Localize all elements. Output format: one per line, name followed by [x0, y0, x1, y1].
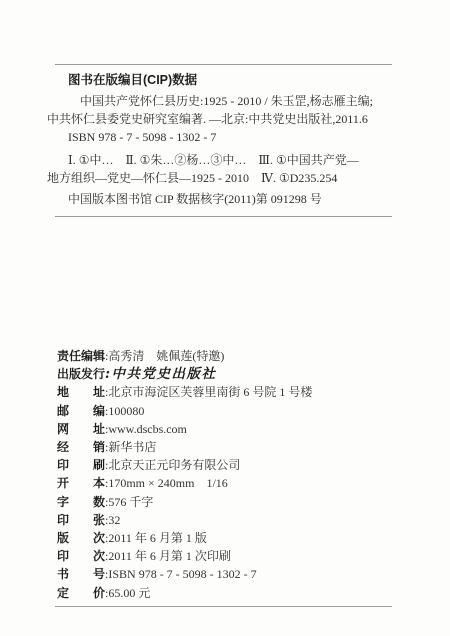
colophon-row-value: :32 — [105, 511, 120, 529]
colophon-row-label: 印 刷 — [57, 456, 105, 474]
cip-block: 图书在版编目(CIP)数据 中国共产党怀仁县历史:1925 - 2010 / 朱… — [47, 65, 397, 216]
cip-classification-line1: Ⅰ. ①中… Ⅱ. ①朱…②杨…③中… Ⅲ. ①中国共产党— — [68, 151, 397, 169]
copyright-page: 图书在版编目(CIP)数据 中国共产党怀仁县历史:1925 - 2010 / 朱… — [0, 0, 450, 636]
colophon-row-value: :新华书店 — [105, 438, 156, 456]
cip-isbn: ISBN 978 - 7 - 5098 - 1302 - 7 — [68, 128, 397, 146]
colophon-row: 出版发行:中共党史出版社 — [57, 365, 417, 383]
colophon-row: 责任编辑:高秀清 姚佩莲(特邀) — [57, 347, 417, 365]
colophon-row: 开 本:170mm × 240mm 1/16 — [57, 474, 417, 492]
colophon-row-label: 经 销 — [57, 438, 105, 456]
colophon-row-value: :100080 — [105, 402, 144, 420]
cip-title-line2: 中共怀仁县委党史研究室编著. —北京:中共党史出版社,2011.6 — [47, 110, 397, 128]
top-margin — [0, 0, 450, 64]
colophon-row-value: :65.00 元 — [105, 584, 150, 602]
colophon-row-label: 网 址 — [57, 420, 105, 438]
colophon-row-label: 版 次 — [57, 529, 105, 547]
colophon-row-value: :170mm × 240mm 1/16 — [105, 474, 228, 492]
page-bottom-rule — [55, 606, 392, 607]
colophon-row-label: 出版发行 — [57, 365, 105, 383]
colophon-row: 地 址:北京市海淀区芙蓉里南街 6 号院 1 号楼 — [57, 383, 417, 401]
colophon-row: 书 号:ISBN 978 - 7 - 5098 - 1302 - 7 — [57, 565, 417, 583]
colophon-row-label: 定 价 — [57, 584, 105, 602]
publisher-imprint: :中共党史出版社 — [105, 365, 216, 383]
colophon-row-value: :2011 年 6 月第 1 次印刷 — [105, 547, 231, 565]
colophon-row: 印 张:32 — [57, 511, 417, 529]
cip-title-line1: 中国共产党怀仁县历史:1925 - 2010 / 朱玉罡,杨志雁主编; — [80, 92, 397, 110]
colophon-row-value: :北京天正元印务有限公司 — [105, 456, 240, 474]
colophon-row: 字 数:576 千字 — [57, 493, 417, 511]
colophon-row: 印 刷:北京天正元印务有限公司 — [57, 456, 417, 474]
colophon-row: 印 次:2011 年 6 月第 1 次印刷 — [57, 547, 417, 565]
colophon-row-label: 印 次 — [57, 547, 105, 565]
colophon-row-value: :2011 年 6 月第 1 版 — [105, 529, 207, 547]
colophon-row-value: :576 千字 — [105, 493, 153, 511]
colophon-row-value: :www.dscbs.com — [105, 420, 187, 438]
colophon-row: 邮 编:100080 — [57, 402, 417, 420]
colophon-row-value: :高秀清 姚佩莲(特邀) — [105, 347, 224, 365]
colophon: 责任编辑:高秀清 姚佩莲(特邀)出版发行:中共党史出版社地 址:北京市海淀区芙蓉… — [57, 347, 417, 602]
colophon-row-label: 字 数 — [57, 493, 105, 511]
colophon-row-label: 开 本 — [57, 474, 105, 492]
cip-classification-line2: 地方组织—党史—怀仁县—1925 - 2010 Ⅳ. ①D235.254 — [47, 169, 397, 187]
colophon-row-label: 地 址 — [57, 383, 105, 401]
colophon-row-value: :ISBN 978 - 7 - 5098 - 1302 - 7 — [105, 565, 257, 583]
colophon-row-label: 责任编辑 — [57, 347, 105, 365]
colophon-row: 经 销:新华书店 — [57, 438, 417, 456]
colophon-row: 网 址:www.dscbs.com — [57, 420, 417, 438]
cip-heading: 图书在版编目(CIP)数据 — [68, 72, 397, 88]
colophon-row-label: 书 号 — [57, 565, 105, 583]
colophon-row-label: 邮 编 — [57, 402, 105, 420]
colophon-row-value: :北京市海淀区芙蓉里南街 6 号院 1 号楼 — [105, 383, 312, 401]
colophon-row: 定 价:65.00 元 — [57, 584, 417, 602]
cip-record-number: 中国版本图书馆 CIP 数据核字(2011)第 091298 号 — [68, 190, 397, 208]
colophon-row-label: 印 张 — [57, 511, 105, 529]
colophon-row: 版 次:2011 年 6 月第 1 版 — [57, 529, 417, 547]
middle-gap — [0, 217, 450, 347]
